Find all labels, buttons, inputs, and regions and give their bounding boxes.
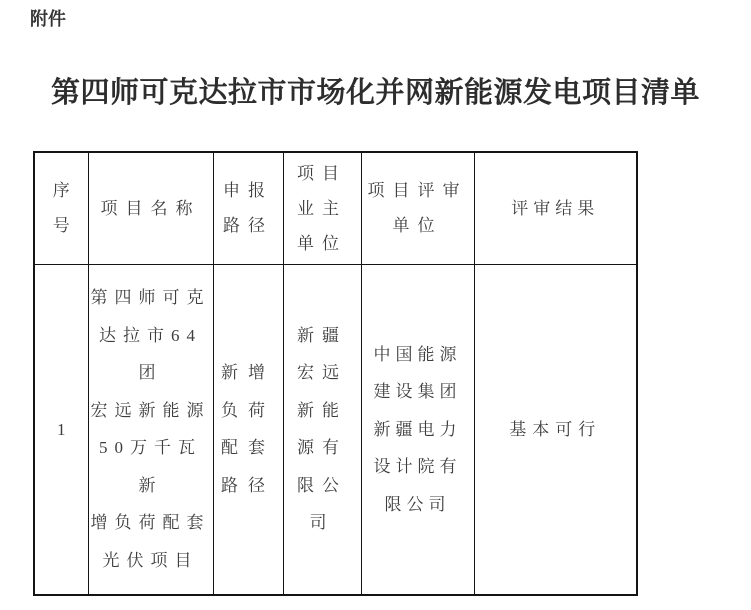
- cell-owner-unit: 新疆 宏远 新能 源有 限公 司: [283, 264, 361, 595]
- header-application-path: 申报 路径: [213, 152, 283, 264]
- cell-project-name: 第四师可克 达拉市64团 宏远新能源 50万千瓦新 增负荷配套 光伏项目: [88, 264, 213, 595]
- header-index: 序 号: [34, 152, 88, 264]
- cell-review-unit: 中国能源 建设集团 新疆电力 设计院有 限公司: [361, 264, 474, 595]
- cell-application-path: 新增 负荷 配套 路径: [213, 264, 283, 595]
- page-title: 第四师可克达拉市市场化并网新能源发电项目清单: [0, 77, 751, 110]
- cell-review-result: 基本可行: [474, 264, 637, 595]
- header-review-unit: 项目评审 单位: [361, 152, 474, 264]
- attachment-label: 附件: [30, 7, 66, 31]
- header-project-name: 项目名称: [88, 152, 213, 264]
- table-row: 1 第四师可克 达拉市64团 宏远新能源 50万千瓦新 增负荷配套 光伏项目 新…: [34, 264, 637, 595]
- table-header-row: 序 号 项目名称 申报 路径 项目 业主 单位 项目评审 单位 评审结果: [34, 152, 637, 264]
- project-list-table: 序 号 项目名称 申报 路径 项目 业主 单位 项目评审 单位 评审结果 1 第…: [33, 151, 638, 596]
- cell-index: 1: [34, 264, 88, 595]
- header-review-result: 评审结果: [474, 152, 637, 264]
- header-owner-unit: 项目 业主 单位: [283, 152, 361, 264]
